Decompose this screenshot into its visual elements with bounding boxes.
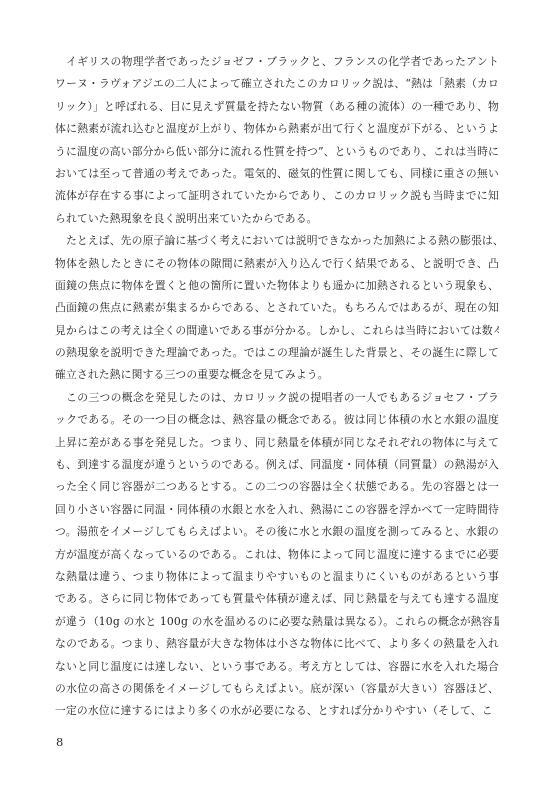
text-line: おいては至って普通の考えであった。電気的、磁気的性質に関しても、同様に重さの無い (55, 163, 499, 185)
text-line: ないと同じ温度には達しない、という事である。考え方としては、容器に水を入れた場合 (55, 656, 499, 678)
text-line: の水位の高さの関係をイメージしてもらえばよい。底が深い（容量が大きい）容器ほど、 (55, 678, 499, 700)
text-line: イギリスの物理学者であったジョゼフ・ブラックと、フランスの化学者であったアント (55, 51, 499, 73)
text-line: 回り小さい容器に同温・同体積の水銀と水を入れ、熱湯にこの容器を浮かべて一定時間待 (55, 499, 499, 521)
text-line: つ。湯煎をイメージしてもらえばよい。その後に水と水銀の温度を測ってみると、水銀の (55, 521, 499, 543)
paragraph: イギリスの物理学者であったジョゼフ・ブラックと、フランスの化学者であったアントワ… (55, 51, 499, 230)
text-line: 見からはこの考えは全くの間違いである事が分かる。しかし、これらは当時においては数… (55, 320, 499, 342)
text-line: の熱現象を説明できた理論であった。ではこの理論が誕生した背景と、その誕生に際して (55, 342, 499, 364)
text-line: も、到達する温度が違うというのである。例えば、同温度・同体積（同質量）の熱湯が入 (55, 454, 499, 476)
text-line: リック）」と呼ばれる、目に見えず質量を持たない物質（ある種の流体）の一種であり、… (55, 96, 499, 118)
text-line: 方が温度が高くなっているのである。これは、物体によって同じ温度に達するまでに必要 (55, 544, 499, 566)
body-text: イギリスの物理学者であったジョゼフ・ブラックと、フランスの化学者であったアントワ… (55, 51, 499, 723)
paragraph: この三つの概念を発見したのは、カロリック説の提唱者の一人でもあるジョセフ・ブラッ… (55, 387, 499, 723)
text-line: 物体を熱したときにその物体の隙間に熱素が入り込んで行く結果である、と説明でき、凸 (55, 253, 499, 275)
paragraph: たとえば、先の原子論に基づく考えにおいては説明できなかった加熱による熱の膨張は、… (55, 230, 499, 387)
text-line: なのである。つまり、熱容量が大きな物体は小さな物体に比べて、より多くの熱量を入れ (55, 633, 499, 655)
text-line: られていた熱現象を良く説明出来ていたからである。 (55, 208, 499, 230)
document-page: イギリスの物理学者であったジョゼフ・ブラックと、フランスの化学者であったアントワ… (0, 0, 553, 800)
text-line: な熱量は違う、つまり物体によって温まりやすいものと温まりにくいものがあるという事 (55, 566, 499, 588)
text-line: 体に熱素が流れ込むと温度が上がり、物体から熱素が出て行くと温度が下がる、というよ (55, 118, 499, 140)
text-line: 確立された熱に関する三つの重要な概念を見てみよう。 (55, 364, 499, 386)
text-line: である。さらに同じ物体であっても質量や体積が違えば、同じ熱量を与えても達する温度 (55, 588, 499, 610)
text-line: うに温度の高い部分から低い部分に流れる性質を持つ”、というものであり、これは当時… (55, 141, 499, 163)
page-number: 8 (56, 734, 63, 750)
text-line: 面鏡の焦点に物体を置くと他の箇所に置いた物体よりも遥かに加熱されるという現象も、 (55, 275, 499, 297)
text-line: この三つの概念を発見したのは、カロリック説の提唱者の一人でもあるジョセフ・ブラ (55, 387, 499, 409)
text-line: 流体が存在する事によって証明されていたからであり、このカロリック説も当時までに知 (55, 185, 499, 207)
text-line: った全く同じ容器が二つあるとする。この二つの容器は全く状態である。先の容器とは一 (55, 476, 499, 498)
text-line: ワーヌ・ラヴォアジエの二人によって確立されたこのカロリック説は、“熱は「熱素（カ… (55, 73, 499, 95)
text-line: 凸面鏡の焦点に熱素が集まるからである、とされていた。もちろんではあるが、現在の知 (55, 297, 499, 319)
text-line: 一定の水位に達するにはより多くの水が必要になる、とすれば分かりやすい（そして、こ (55, 700, 499, 722)
text-line: ックである。その一つ目の概念は、熱容量の概念である。彼は同じ体積の水と水銀の温度 (55, 409, 499, 431)
text-line: が違う（10g の水と 100g の水を温めるのに必要な熱量は異なる）。これらの… (55, 611, 499, 633)
text-line: 上昇に差がある事を発見した。つまり、同じ熱量を体積が同じなそれぞれの物体に与えて (55, 432, 499, 454)
text-line: たとえば、先の原子論に基づく考えにおいては説明できなかった加熱による熱の膨張は、 (55, 230, 499, 252)
